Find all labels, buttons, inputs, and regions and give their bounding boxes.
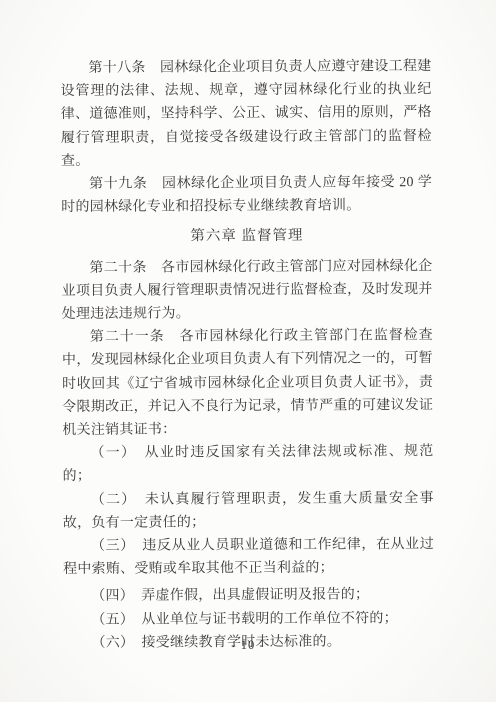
document-page: 第十八条 园林绿化企业项目负责人应遵守建设工程建设管理的法律、法规、规章，遵守园…: [0, 0, 496, 702]
paragraph-article-18: 第十八条 园林绿化企业项目负责人应遵守建设工程建设管理的法律、法规、规章，遵守园…: [60, 55, 432, 173]
list-item-1: （一） 从业时违反国家有关法律法规或标准、规范的；: [62, 440, 433, 488]
document-content: 第十八条 园林绿化企业项目负责人应遵守建设工程建设管理的法律、法规、规章，遵守园…: [60, 55, 434, 655]
list-item-5: （五） 从业单位与证书载明的工作单位不符的；: [63, 607, 434, 632]
paragraph-article-21: 第二十一条 各市园林绿化行政主管部门在监督检查中，发现园林绿化企业项目负责人有下…: [62, 324, 434, 442]
chapter-heading: 第六章 监督管理: [61, 224, 432, 249]
list-item-4: （四） 弄虚作假，出具虚假证明及报告的；: [63, 583, 434, 608]
list-item-3: （三） 违反从业人员职业道德和工作纪律，在从业过程中索贿、受贿或牟取其他不正当利…: [63, 533, 434, 581]
list-item-2: （二） 未认真履行管理职责，发生重大质量安全事故，负有一定责任的；: [63, 487, 434, 535]
page-number: - 10 -: [0, 638, 496, 653]
paragraph-article-19: 第十九条 园林绿化企业项目负责人应每年接受 20 学时的园林绿化专业和招投标专业…: [61, 171, 432, 219]
paragraph-article-20: 第二十条 各市园林绿化行政主管部门应对园林绿化企业项目负责人履行管理职责情况进行…: [61, 255, 432, 327]
